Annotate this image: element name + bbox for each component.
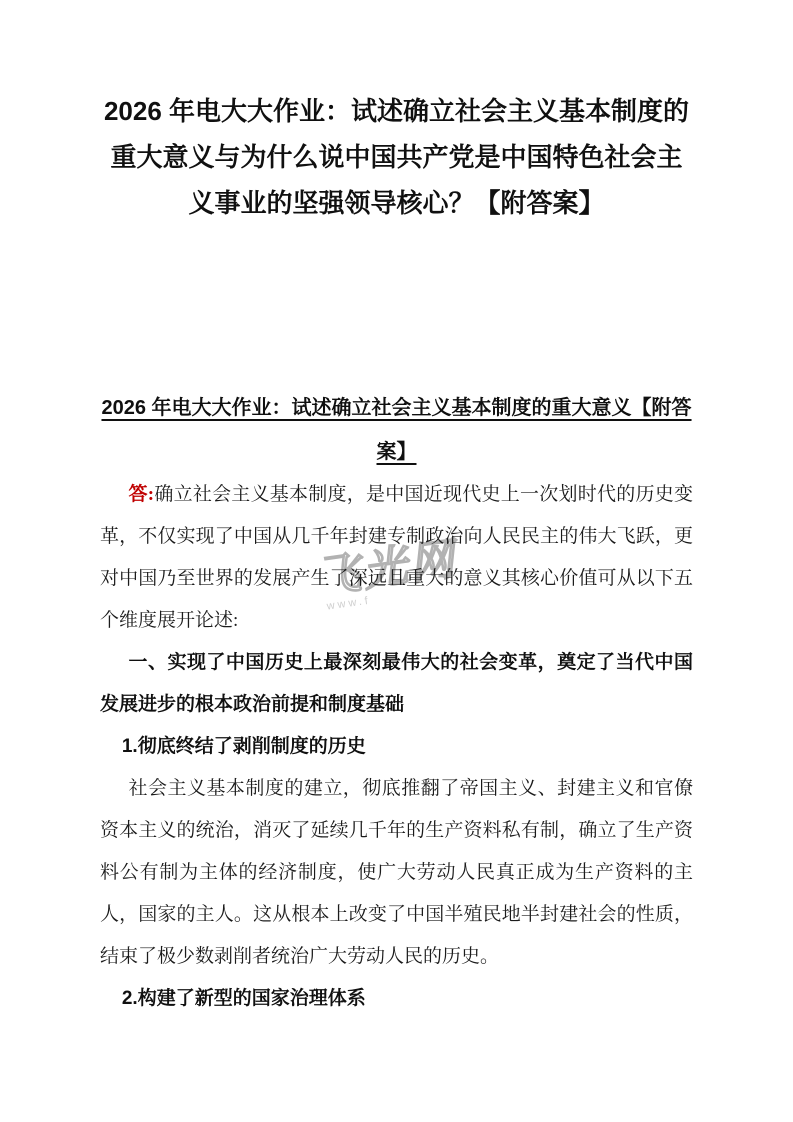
- answer-paragraph: 答:确立社会主义基本制度，是中国近现代史上一次划时代的历史变革，不仅实现了中国从…: [100, 474, 693, 642]
- answer-label: 答:: [129, 484, 155, 505]
- document-page: 2026 年电大大作业：试述确立社会主义基本制度的重大意义与为什么说中国共产党是…: [0, 0, 793, 1122]
- point-1-heading: 1.彻底终结了剥削制度的历史: [100, 726, 693, 768]
- document-title: 2026 年电大大作业：试述确立社会主义基本制度的重大意义与为什么说中国共产党是…: [100, 88, 693, 226]
- point-2-heading: 2.构建了新型的国家治理体系: [100, 978, 693, 1020]
- answer-intro-text: 确立社会主义基本制度，是中国近现代史上一次划时代的历史变革，不仅实现了中国从几千…: [100, 484, 693, 631]
- section-heading: 2026 年电大大作业：试述确立社会主义基本制度的重大意义【附答案】: [100, 386, 693, 474]
- point-1-body: 社会主义基本制度的建立，彻底推翻了帝国主义、封建主义和官僚资本主义的统治，消灭了…: [100, 768, 693, 978]
- document-body: 答:确立社会主义基本制度，是中国近现代史上一次划时代的历史变革，不仅实现了中国从…: [100, 474, 693, 1020]
- section-1-heading: 一、实现了中国历史上最深刻最伟大的社会变革，奠定了当代中国发展进步的根本政治前提…: [100, 642, 693, 726]
